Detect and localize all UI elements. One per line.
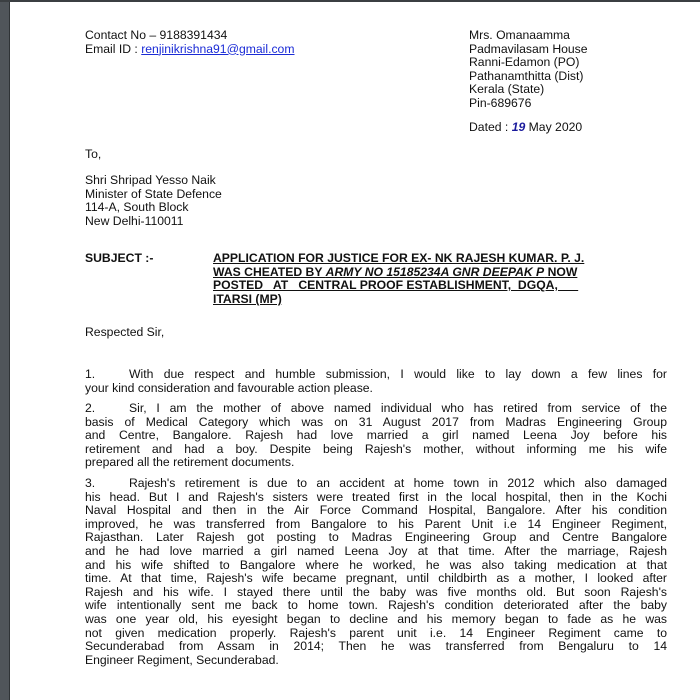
sender-address: Mrs. Omanaamma Padmavilasam House Ranni-… [469,29,588,111]
paragraph-line: Rajasthan. Later Rajesh got posting to M… [85,531,667,545]
paragraph-line: Rajesh and his wife. I stayed there unti… [85,586,667,600]
subject-line: ITARSI (MP) [213,293,282,307]
subject-army-number: ARMY NO 15185234A GNR DEEPAK P [326,265,545,279]
subject-text-part: WAS CHEATED BY [213,265,326,279]
date-line: Dated : 19 May 2020 [469,121,582,135]
paragraph-3: 3.Rajesh's retirement is due to an accid… [85,477,667,667]
paragraph-line: Secunderabad from Assam in 2014; Then he… [85,640,667,654]
dated-day: 19 [512,120,526,134]
contact-block: Contact No – 9188391434 Email ID : renji… [85,29,295,56]
to-label: To, [85,148,101,162]
sender-line: Padmavilasam House [469,43,588,57]
recipient-line: 114-A, South Block [85,201,222,215]
recipient-line: Minister of State Defence [85,188,222,202]
paragraph-line: 3.Rajesh's retirement is due to an accid… [85,477,667,491]
sender-line: Kerala (State) [469,83,588,97]
paragraph-1: 1.With due respect and humble submission… [85,368,667,395]
email-label: Email ID : [85,42,141,56]
subject-line: POSTED AT CENTRAL PROOF ESTABLISHMENT, D… [213,279,578,293]
paragraph-line: his head. But I and Rajesh's sisters wer… [85,491,667,505]
paragraph-line: 1.With due respect and humble submission… [85,368,667,382]
recipient-address: Shri Shripad Yesso Naik Minister of Stat… [85,174,222,228]
paragraph-line: not given medication properly. Rajesh's … [85,627,667,641]
paragraph-line: improved, he was transferred from Bangal… [85,518,667,532]
subject-label: SUBJECT :- [85,252,153,266]
recipient-line: Shri Shripad Yesso Naik [85,174,222,188]
subject-line: WAS CHEATED BY ARMY NO 15185234A GNR DEE… [213,266,577,280]
paragraph-number: 3. [85,477,129,491]
paragraph-line: and his wife shifted to Bangalore where … [85,559,667,573]
sender-line: Ranni-Edamon (PO) [469,56,588,70]
viewer-left-edge [0,0,10,700]
sender-line: Pin-689676 [469,97,588,111]
sender-line: Mrs. Omanaamma [469,29,588,43]
paragraph-line: Naval Hospital and then in the Air Force… [85,504,667,518]
paragraph-line: your kind consideration and favourable a… [85,382,667,396]
subject-text: APPLICATION FOR JUSTICE FOR EX- NK RAJES… [213,252,584,306]
paragraph-number: 2. [85,402,129,416]
paragraph-line: and he had love married a girl named Lee… [85,545,667,559]
paragraph-line: 2.Sir, I am the mother of above named in… [85,402,667,416]
subject-text-part: NOW [544,265,577,279]
paragraph-line: prepared all the retirement documents. [85,456,667,470]
email-link[interactable]: renjinikrishna91@gmail.com [141,42,294,56]
paragraph-2: 2.Sir, I am the mother of above named in… [85,402,667,470]
dated-label: Dated : [469,120,512,134]
recipient-line: New Delhi-110011 [85,215,222,229]
paragraph-line: wife intentionally sent me back to home … [85,599,667,613]
paragraph-line: retirement and had a boy. Despite being … [85,443,667,457]
paragraph-line: Engineer Regiment, Secunderabad. [85,654,667,668]
subject-line: APPLICATION FOR JUSTICE FOR EX- NK RAJES… [213,252,584,266]
paragraph-line: time. At that time, Rajesh's wife became… [85,572,667,586]
email-row: Email ID : renjinikrishna91@gmail.com [85,43,295,57]
paragraph-line: basis of Medical Category which was on 3… [85,416,667,430]
paragraph-line: was one year old, his eyesight began to … [85,613,667,627]
contact-number: Contact No – 9188391434 [85,29,295,43]
sender-line: Pathanamthitta (Dist) [469,70,588,84]
paragraph-number: 1. [85,368,129,382]
dated-month-year: May 2020 [525,120,582,134]
salutation: Respected Sir, [85,326,164,340]
paragraph-line: and Centre, Bangalore. Rajesh had love m… [85,429,667,443]
